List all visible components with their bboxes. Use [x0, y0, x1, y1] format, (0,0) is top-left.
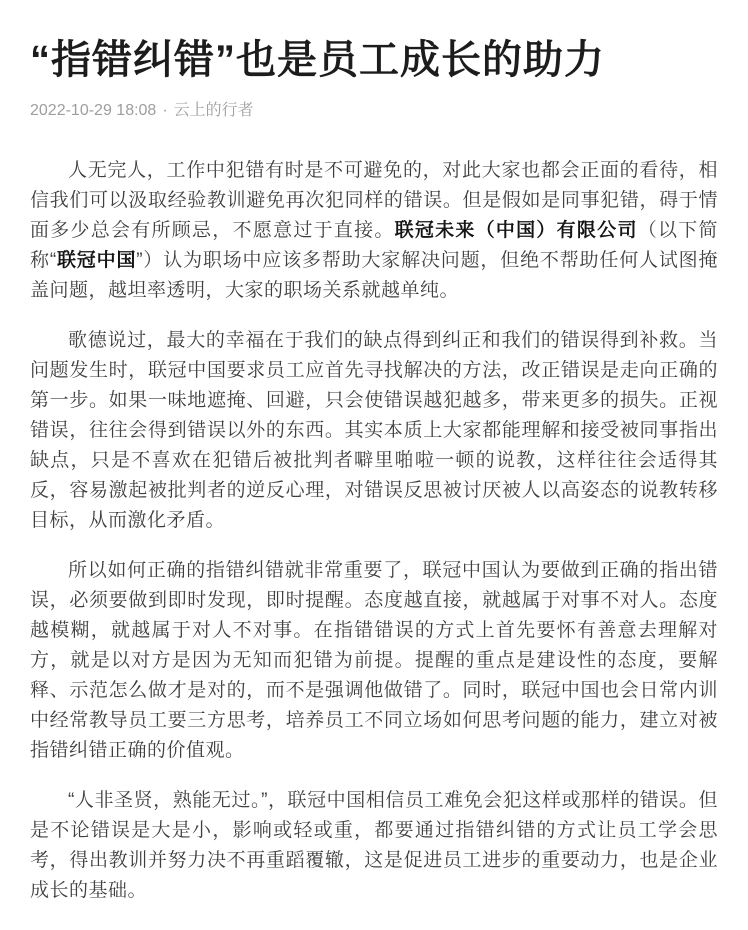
publish-datetime: 2022-10-29 18:08 [30, 102, 156, 119]
article-paragraph: “人非圣贤，熟能无过。”，联冠中国相信员工难免会犯这样或那样的错误。但是不论错误… [30, 786, 718, 906]
article-meta: 2022-10-29 18:08·云上的行者 [30, 100, 718, 122]
company-name-bold: 联冠中国 [57, 250, 137, 271]
company-name-bold: 联冠未来（中国）有限公司 [395, 220, 638, 241]
paragraph-text: 歌德说过，最大的幸福在于我们的缺点得到纠正和我们的错误得到补救。当问题发生时，联… [30, 330, 718, 531]
author-name: 云上的行者 [174, 102, 254, 119]
article-body: 人无完人，工作中犯错有时是不可避免的，对此大家也都会正面的看待，相信我们可以汲取… [30, 156, 718, 906]
article-page: “指错纠错”也是员工成长的助力 2022-10-29 18:08·云上的行者 人… [0, 0, 748, 930]
meta-separator: · [162, 102, 167, 119]
article-paragraph: 人无完人，工作中犯错有时是不可避免的，对此大家也都会正面的看待，相信我们可以汲取… [30, 156, 718, 306]
article-paragraph: 所以如何正确的指错纠错就非常重要了，联冠中国认为要做到正确的指出错误，必须要做到… [30, 556, 718, 766]
paragraph-text: “人非圣贤，熟能无过。”，联冠中国相信员工难免会犯这样或那样的错误。但是不论错误… [30, 790, 718, 901]
article-paragraph: 歌德说过，最大的幸福在于我们的缺点得到纠正和我们的错误得到补救。当问题发生时，联… [30, 326, 718, 536]
paragraph-text: 所以如何正确的指错纠错就非常重要了，联冠中国认为要做到正确的指出错误，必须要做到… [30, 560, 718, 761]
article-title: “指错纠错”也是员工成长的助力 [30, 36, 718, 84]
